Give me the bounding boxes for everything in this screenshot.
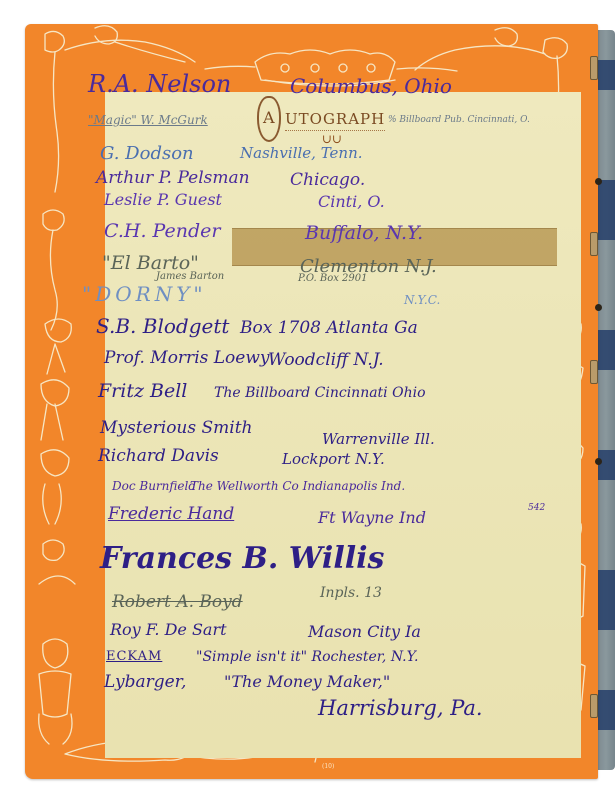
signature-location: The Wellworth Co Indianapolis Ind. bbox=[190, 480, 405, 492]
signature-note: P.O. Box 2901 bbox=[298, 274, 368, 284]
cover-pattern bbox=[597, 570, 615, 630]
binding-staple bbox=[590, 56, 598, 80]
signature-location: Box 1708 Atlanta Ga bbox=[240, 320, 418, 337]
signature-name: Arthur P. Pelsman bbox=[96, 170, 250, 187]
crest-letter: A bbox=[263, 108, 275, 127]
left-side-creatures-icon bbox=[39, 210, 75, 744]
binding-staple bbox=[590, 694, 598, 718]
signature-name: Doc Burnfield bbox=[112, 480, 196, 492]
signature-location: Nashville, Tenn. bbox=[240, 146, 363, 161]
signature-location: Harrisburg, Pa. bbox=[318, 698, 483, 719]
signature-name: Lybarger, bbox=[104, 674, 186, 691]
signature-name: G. Dodson bbox=[100, 145, 194, 163]
signature-location: Warrenville Ill. bbox=[322, 432, 435, 447]
signature-location: Cinti, O. bbox=[318, 194, 385, 210]
cover-pattern bbox=[597, 180, 615, 240]
signature-location: Ft Wayne Ind bbox=[318, 510, 426, 526]
book-cover-edge bbox=[597, 30, 615, 770]
signature-location: The Billboard Cincinnati Ohio bbox=[214, 386, 426, 400]
signature-location: Lockport N.Y. bbox=[282, 452, 385, 467]
signature-name: Fritz Bell bbox=[98, 382, 187, 401]
signature-location: "The Money Maker," bbox=[224, 674, 390, 690]
page-number: (10) bbox=[322, 763, 334, 770]
signature-name: Roy F. De Sart bbox=[110, 622, 227, 638]
signature-name: Frederic Hand bbox=[108, 506, 234, 523]
binding-hole bbox=[595, 178, 602, 185]
signature-location: Chicago. bbox=[290, 172, 365, 189]
cover-pattern bbox=[597, 450, 615, 480]
signature-name: Frances B. Willis bbox=[100, 544, 384, 574]
signature-location: % Billboard Pub. Cincinnati, O. bbox=[388, 116, 530, 125]
signature-name: "Magic" W. McGurk bbox=[88, 114, 208, 126]
signature-name: R.A. Nelson bbox=[88, 72, 231, 96]
binding-staple bbox=[590, 360, 598, 384]
signature-name: S.B. Blodgett bbox=[96, 316, 229, 336]
signature-location: Woodcliff N.J. bbox=[268, 352, 384, 369]
binding-hole bbox=[595, 458, 602, 465]
signature-name: Richard Davis bbox=[98, 448, 219, 465]
cover-pattern bbox=[597, 60, 615, 90]
signature-note: 542 bbox=[528, 504, 545, 513]
signature-name: C.H. Pender bbox=[104, 222, 220, 241]
signature-name: Robert A. Boyd bbox=[112, 594, 243, 611]
signature-location: N.Y.C. bbox=[404, 294, 440, 306]
signature-location: Buffalo, N.Y. bbox=[305, 224, 423, 243]
signature-name: Leslie P. Guest bbox=[104, 192, 222, 208]
signature-name: Mysterious Smith bbox=[100, 420, 253, 437]
binding-staple bbox=[590, 232, 598, 256]
cover-pattern bbox=[597, 690, 615, 730]
title-rule bbox=[285, 130, 385, 131]
signature-name: "DORNY" bbox=[82, 284, 207, 304]
signature-location: "Simple isn't it" Rochester, N.Y. bbox=[196, 650, 419, 664]
signature-note: James Barton bbox=[156, 272, 224, 282]
signature-location: Inpls. 13 bbox=[320, 586, 382, 600]
signature-name: ECKAM bbox=[106, 650, 162, 663]
page-title: UTOGRAPH bbox=[285, 110, 385, 128]
signature-name: Prof. Morris Loewy bbox=[104, 350, 270, 367]
cover-pattern bbox=[597, 330, 615, 370]
binding-hole bbox=[595, 304, 602, 311]
signature-location: Columbus, Ohio bbox=[290, 76, 452, 96]
signature-location: Mason City Ia bbox=[308, 624, 421, 640]
